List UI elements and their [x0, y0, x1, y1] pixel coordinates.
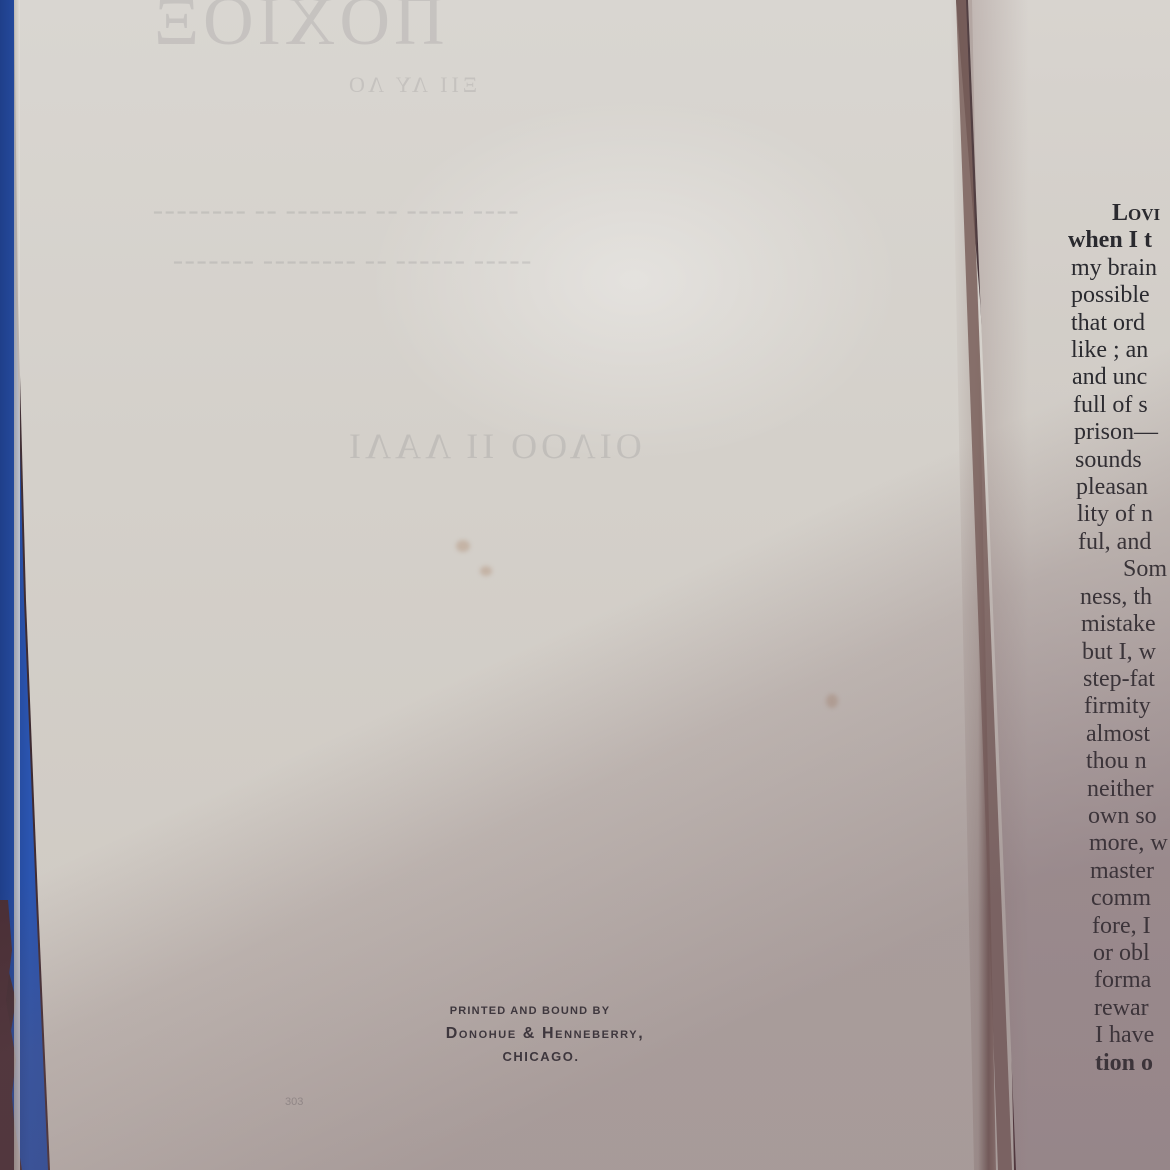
text-line: sounds: [1075, 447, 1170, 474]
text-line: or obl: [1093, 940, 1170, 967]
bleed-through-title: ΠΟΧΙΟΞ: [150, 0, 445, 62]
bleed-through-line: ━━━━━ ━━━━━━ ━━ ━━━━━━━━ ━━━━━━━: [170, 255, 530, 271]
text-line: ness, th: [1080, 584, 1170, 611]
foxing-stain: [456, 540, 470, 552]
text-line: Lovi: [1112, 200, 1170, 227]
text-line: rewar: [1094, 995, 1170, 1022]
book-photo: ΠΟΧΙΟΞ ΞΙΙ ΛΥ ΛΟ ━━━━ ━━━━━ ━━ ━━━━━━━ ━…: [0, 0, 1170, 1170]
text-line: that ord: [1071, 310, 1170, 337]
text-line: Som: [1123, 556, 1170, 583]
text-line: when I t: [1068, 227, 1170, 254]
text-line: possible: [1071, 282, 1170, 309]
text-line: mistake: [1081, 611, 1170, 638]
text-line: neither: [1087, 776, 1170, 803]
text-line: and unc: [1072, 364, 1170, 391]
text-line: ful, and: [1078, 529, 1170, 556]
text-line: prison—: [1074, 419, 1170, 446]
foxing-stain: [826, 694, 838, 708]
imprint-line-printed-by: PRINTED AND BOUND BY: [365, 1000, 695, 1022]
text-line: forma: [1094, 967, 1170, 994]
imprint-line-city: CHICAGO.: [387, 1046, 695, 1068]
text-line: thou n: [1086, 748, 1170, 775]
text-line: fore, I: [1092, 913, 1170, 940]
left-page-edge: [14, 0, 20, 1170]
text-line: own so: [1088, 803, 1170, 830]
bleed-through-line: ━━━━ ━━━━━ ━━ ━━━━━━━ ━━ ━━━━━━━━: [150, 205, 517, 221]
text-line: I have: [1095, 1022, 1170, 1049]
bleed-through-author: ΟΙΛΟΟ ΙΙ ΛΑΛΙ: [345, 425, 642, 467]
text-line: lity of n: [1077, 501, 1170, 528]
text-line: tion o: [1095, 1050, 1170, 1077]
text-line: firmity: [1084, 693, 1170, 720]
faint-page-mark: 303: [285, 1096, 303, 1108]
text-line: almost: [1086, 721, 1170, 748]
imprint-line-publisher: Donohue & Henneberry,: [395, 1022, 695, 1046]
foxing-stain: [480, 566, 492, 576]
text-line: comm: [1091, 885, 1170, 912]
text-line: like ; an: [1071, 337, 1170, 364]
text-line: master: [1090, 858, 1170, 885]
bleed-through-subtitle: ΞΙΙ ΛΥ ΛΟ: [345, 72, 477, 98]
text-line: step-fat: [1083, 666, 1170, 693]
text-line: more, w: [1089, 830, 1170, 857]
printer-imprint: PRINTED AND BOUND BY Donohue & Henneberr…: [395, 1000, 695, 1068]
left-page: [14, 0, 1014, 1170]
text-line: my brain: [1071, 255, 1170, 282]
text-line: full of s: [1073, 392, 1170, 419]
right-page-text: Lovi when I t my brain possible that ord…: [1068, 200, 1170, 1077]
text-line: but I, w: [1082, 639, 1170, 666]
text-line: pleasan: [1076, 474, 1170, 501]
